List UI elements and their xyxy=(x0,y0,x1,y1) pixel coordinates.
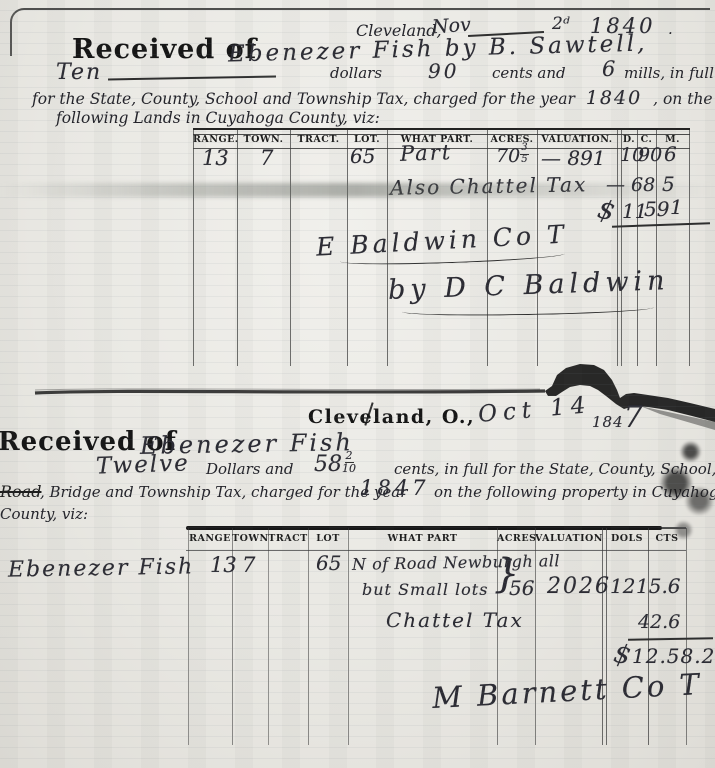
cell-what-part: Part xyxy=(400,140,453,166)
cents-denominator: 10 xyxy=(342,463,356,475)
cents-whole: 58 xyxy=(314,452,342,477)
total-amount: 12.58.2 xyxy=(632,644,715,668)
amount-words: Twelve xyxy=(96,450,191,479)
acres-whole: 70 xyxy=(496,145,520,167)
cell-range: 13 xyxy=(210,553,237,577)
total-underline xyxy=(628,637,713,640)
col-header-tract: TRACT xyxy=(268,533,308,544)
table-top-rule-thin xyxy=(662,527,686,529)
column-divider xyxy=(348,528,349,745)
body-line1: for the State, County, School and Townsh… xyxy=(32,87,713,109)
body-line1-end: , on the xyxy=(653,90,712,108)
acres-fraction: 35 xyxy=(520,143,528,165)
table-top-rule xyxy=(186,526,662,530)
column-divider xyxy=(689,130,690,366)
treasurer-signature: M Barnett Co T xyxy=(431,667,702,715)
col-header-lot: LOT xyxy=(308,533,348,544)
cents-numerator: 2 xyxy=(345,450,354,463)
dollars-label: dollars xyxy=(330,64,382,82)
column-divider xyxy=(602,528,603,745)
body-line1-text: for the State, County, School and Townsh… xyxy=(32,90,575,108)
body-year: 1840 xyxy=(586,87,642,109)
acres-numerator: 3 xyxy=(520,143,528,155)
column-divider xyxy=(308,528,309,745)
col-header-range: RANGE xyxy=(188,533,232,544)
column-divider xyxy=(606,528,607,745)
col-header-valuation: VALUATION. xyxy=(537,134,617,145)
column-divider xyxy=(290,130,291,366)
column-divider xyxy=(686,528,687,745)
cell-valuation: 2026 xyxy=(547,574,611,599)
column-divider xyxy=(648,528,649,745)
table-header-underline xyxy=(186,550,686,551)
acres-denominator: 5 xyxy=(521,155,527,166)
cell-acres: 7035 xyxy=(496,145,529,167)
col-header-valuation: VALUATION xyxy=(535,533,602,544)
deputy-signature: by D C Baldwin xyxy=(388,265,671,306)
col-header-acres: ACRES. xyxy=(487,134,537,145)
cell-mills: 6 xyxy=(664,142,677,166)
cell-what-part-line2: but Small lots xyxy=(362,580,488,599)
scanned-tax-receipts: Cleveland, Nov 2ᵈ 1840 . Received of Ebe… xyxy=(0,0,715,768)
amount-words: Ten xyxy=(56,60,102,85)
cell-acres: 56 xyxy=(509,576,534,600)
cell-town: 7 xyxy=(242,553,255,577)
body-line3: County, viz: xyxy=(0,505,88,523)
cents-value: 58210 xyxy=(314,452,356,477)
chattel-label: Chattel Tax xyxy=(386,608,524,632)
mills-label: mills, in full xyxy=(624,64,714,82)
dateline-period: . xyxy=(668,20,673,38)
col-header-dols: DOLS xyxy=(606,533,648,544)
scan-smudge xyxy=(0,183,715,197)
body-year: 1847 xyxy=(360,476,429,500)
mills-value: 6 xyxy=(602,57,615,81)
total-dollar-sign: $ xyxy=(595,194,618,227)
cell-cents: 90 xyxy=(638,144,662,166)
total-m: 1 xyxy=(670,195,683,219)
col-header-range: RANGE. xyxy=(193,134,237,145)
cell-dols: 12 xyxy=(610,574,635,598)
cell-cts: 15.6 xyxy=(636,574,681,598)
cell-lot: 65 xyxy=(350,144,375,168)
col-header-cts: CTS xyxy=(648,533,686,544)
column-divider xyxy=(268,528,269,745)
column-divider xyxy=(237,130,238,366)
dateline-day: 2ᵈ xyxy=(552,14,570,34)
cell-what-part-line1: N of Road Newburgh all xyxy=(352,551,560,574)
dateline-year: 1847 xyxy=(592,400,644,435)
cell-town: 7 xyxy=(260,146,273,170)
col-header-town: TOWN. xyxy=(237,134,290,145)
ink-blotches xyxy=(646,436,715,548)
col-header-what-part: WHAT PART xyxy=(348,533,497,544)
amount-flourish xyxy=(108,76,276,80)
col-header-town: TOWN xyxy=(232,533,268,544)
body-line2: following Lands in Cuyahoga County, viz: xyxy=(56,109,380,127)
body-line2-text: , Bridge and Township Tax, charged for t… xyxy=(40,483,407,501)
cents-fraction: 210 xyxy=(342,450,356,474)
margin-payer-name: Ebenezer Fish xyxy=(8,554,195,582)
cell-valuation: — 891 xyxy=(541,146,606,170)
col-header-acres: ACRES xyxy=(497,533,535,544)
total-dollar-sign: $ xyxy=(611,639,633,672)
dateline-place: Cleveland, O., xyxy=(308,406,475,428)
cell-lot: 65 xyxy=(316,551,341,575)
col-header-tract: TRACT. xyxy=(290,134,347,145)
column-divider xyxy=(193,130,194,366)
struck-word-road: Road xyxy=(0,482,41,501)
dollars-label: Dollars and xyxy=(206,460,293,478)
cents-label: cents and xyxy=(492,64,566,82)
cell-range: 13 xyxy=(202,146,229,170)
year-small-digits: 184 xyxy=(592,413,624,431)
total-underline xyxy=(612,222,710,227)
column-divider xyxy=(617,130,618,366)
cents-value: 90 xyxy=(428,59,459,83)
chattel-amount: 42.6 xyxy=(638,611,680,633)
total-c: 59 xyxy=(644,197,669,221)
year-large-digit: 7 xyxy=(624,400,644,435)
